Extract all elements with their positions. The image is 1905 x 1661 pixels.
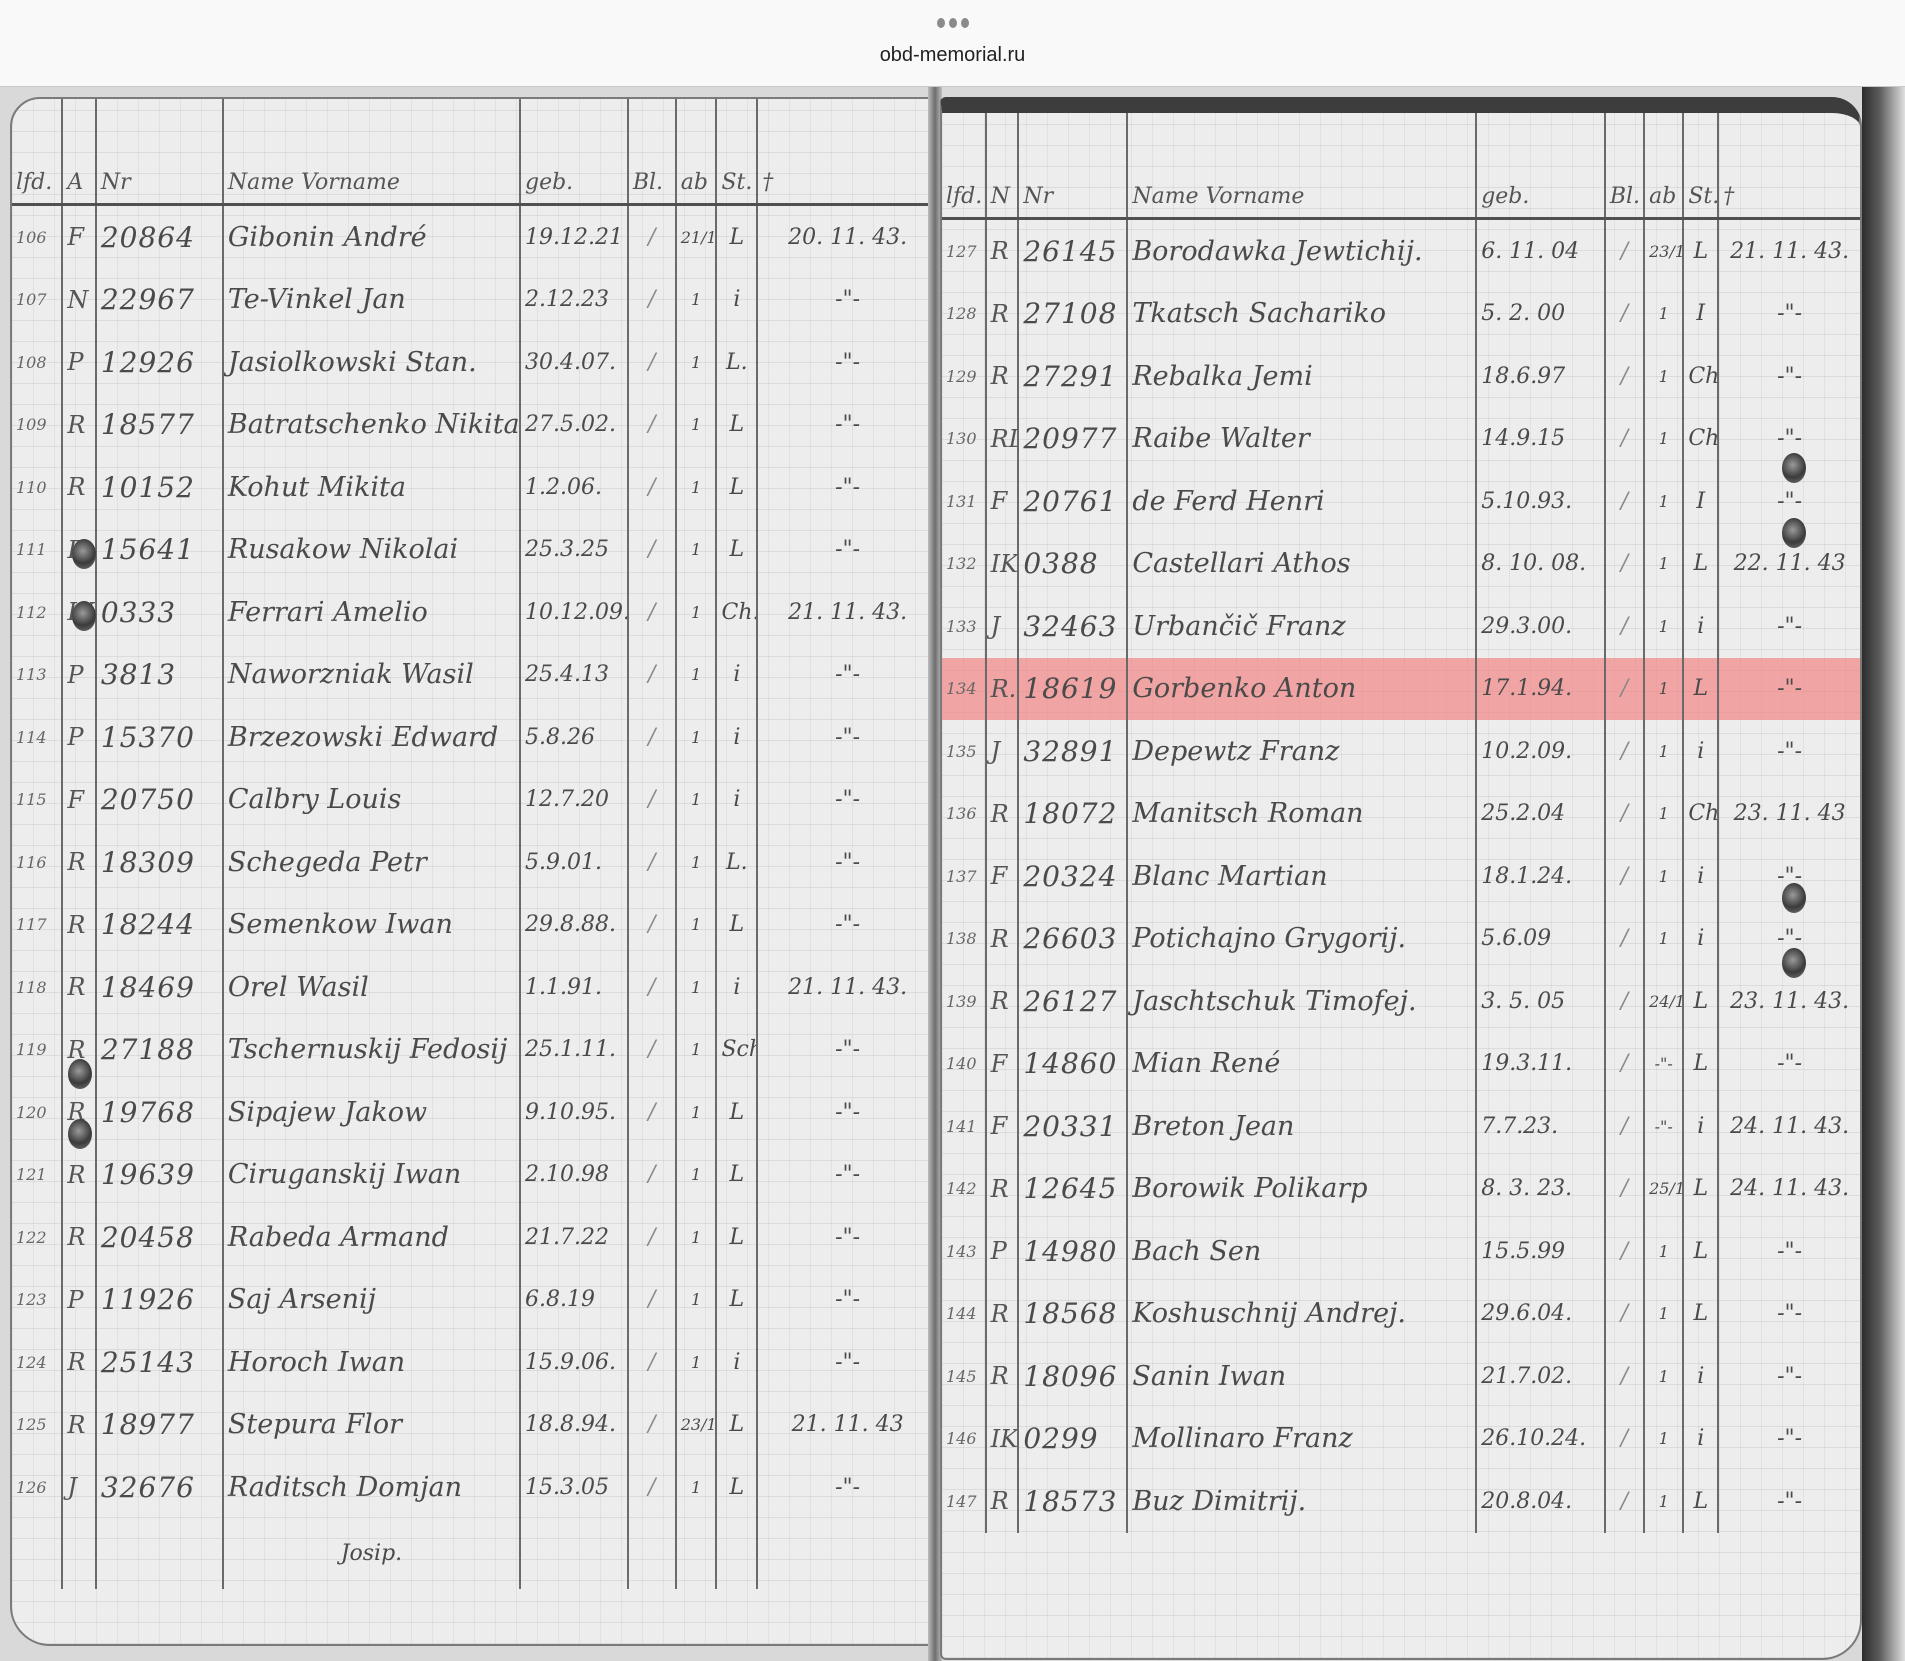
cell-ab: 1 [1644,1220,1683,1283]
cell-nr: 18072 [1018,783,1127,846]
cell-name: Kohut Mikita [223,456,520,519]
cell-born: 14.9.15 [1476,408,1605,471]
col-born: geb. [1476,113,1605,219]
cell-idx: 132 [942,533,986,596]
cell-born: 10.2.09. [1476,720,1605,783]
register-row: 123P11926Saj Arsenij6.8.19/1L-"- [12,1269,937,1332]
register-row: 124R25143Horoch Iwan15.9.06./1i-"- [12,1331,937,1394]
cell-born: 19.3.11. [1476,1033,1605,1096]
cell-born: 25.4.13 [520,644,628,707]
cell-bl: / [628,1456,676,1519]
cell-ab: 1 [1644,845,1683,908]
cell-idx: 116 [12,831,62,894]
cell-nr: 18977 [96,1394,223,1457]
cell-nr: 27291 [1018,345,1127,408]
empty-cell [716,1519,757,1589]
cell-st: i [1683,720,1718,783]
cell-nr: 15370 [96,706,223,769]
cell-bl: / [628,331,676,394]
cell-st: L [716,1394,757,1457]
cell-ab: 1 [676,1019,717,1082]
cell-ab: 1 [676,1269,717,1332]
cell-idx: 121 [12,1144,62,1207]
cell-died: -"- [757,269,937,332]
right-register-table: lfd. N Nr Name Vorname geb. Bl. ab St. †… [942,113,1860,1533]
cell-ab: 1 [1644,470,1683,533]
empty-cell [96,1519,223,1589]
cell-nat: R [986,1158,1019,1221]
cell-name: de Ferd Henri [1127,470,1476,533]
cell-died: -"- [757,831,937,894]
punch-hole [1782,948,1806,978]
cell-name: Tschernuskij Fedosij [223,1019,520,1082]
cell-born: 18.1.24. [1476,845,1605,908]
cell-bl: / [628,644,676,707]
register-row: 131F20761de Ferd Henri5.10.93./1I-"- [942,470,1860,533]
cell-nr: 0388 [1018,533,1127,596]
cell-nr: 27108 [1018,283,1127,346]
cell-st: L [716,456,757,519]
cell-ab: 1 [1644,908,1683,971]
site-domain[interactable]: obd-memorial.ru [0,44,1905,67]
cell-died: -"- [757,769,937,832]
cell-born: 21.7.22 [520,1206,628,1269]
cell-died: -"- [757,706,937,769]
footnote-row: Josip. [12,1519,937,1589]
cell-died: -"- [757,1269,937,1332]
cell-born: 5.10.93. [1476,470,1605,533]
punch-hole [72,601,96,631]
cell-nat: R [986,283,1019,346]
register-row: 128R27108Tkatsch Sachariko5. 2. 00/1I-"- [942,283,1860,346]
cell-ab: 1 [676,1331,717,1394]
register-row: 145R18096Sanin Iwan21.7.02./1i-"- [942,1345,1860,1408]
cell-bl: / [1605,283,1644,346]
register-row: 140F14860Mian René19.3.11./-"-L-"- [942,1033,1860,1096]
cell-nat: R. [986,658,1019,721]
col-born: geb. [520,99,628,205]
cell-born: 6. 11. 04 [1476,219,1605,283]
cell-name: Sipajew Jakow [223,1081,520,1144]
cell-ab: 1 [1644,783,1683,846]
cell-nat: P [62,331,96,394]
cell-idx: 123 [12,1269,62,1332]
cell-idx: 133 [942,595,986,658]
cell-nat: P [62,706,96,769]
cell-name: Batratschenko Nikita [223,394,520,457]
cell-st: i [716,769,757,832]
cell-died: 21. 11. 43. [757,956,937,1019]
register-row: 139R26127Jaschtschuk Timofej.3. 5. 05/24… [942,970,1860,1033]
cell-ab: 1 [676,394,717,457]
cell-st: i [716,644,757,707]
cell-st: Ch [1683,345,1718,408]
cell-nr: 32891 [1018,720,1127,783]
cell-st: I [1683,470,1718,533]
cell-st: L. [716,331,757,394]
cell-st: L [1683,1033,1718,1096]
cell-died: -"- [757,1019,937,1082]
cell-died: 23. 11. 43. [1718,970,1860,1033]
cell-born: 2.12.23 [520,269,628,332]
register-row: 115F20750Calbry Louis12.7.20/1i-"- [12,769,937,832]
cell-idx: 117 [12,894,62,957]
cell-bl: / [628,519,676,582]
cell-bl: / [628,394,676,457]
cell-born: 27.5.02. [520,394,628,457]
cell-born: 18.6.97 [1476,345,1605,408]
cell-st: L [1683,1220,1718,1283]
cell-bl: / [628,456,676,519]
cell-name: Urbančič Franz [1127,595,1476,658]
cell-born: 29.8.88. [520,894,628,957]
cell-ab: 1 [1644,408,1683,471]
cell-nr: 14980 [1018,1220,1127,1283]
cell-nat: R [62,894,96,957]
cell-nr: 18096 [1018,1345,1127,1408]
cell-bl: / [1605,1158,1644,1221]
cell-idx: 126 [12,1456,62,1519]
register-row: 120R19768Sipajew Jakow9.10.95./1L-"- [12,1081,937,1144]
cell-ab: 1 [676,956,717,1019]
cell-nat: RD [986,408,1019,471]
cell-ab: 1 [676,1144,717,1207]
cell-nat: R [62,1331,96,1394]
cell-bl: / [628,769,676,832]
cell-born: 15.9.06. [520,1331,628,1394]
cell-born: 8. 3. 23. [1476,1158,1605,1221]
cell-nat: R [62,1394,96,1457]
cell-nat: R [986,219,1019,283]
cell-ab: -"- [1644,1095,1683,1158]
cell-name: Ciruganskij Iwan [223,1144,520,1207]
col-nat: A [62,99,96,205]
cell-nr: 14860 [1018,1033,1127,1096]
cell-st: L [716,1144,757,1207]
punch-hole [72,539,96,569]
cell-died: -"- [757,456,937,519]
cell-idx: 134 [942,658,986,721]
cell-nr: 26603 [1018,908,1127,971]
cell-ab: 1 [676,831,717,894]
cell-ab: 1 [1644,720,1683,783]
cell-ab: 21/11 [676,205,717,269]
cell-died: 21. 11. 43. [757,581,937,644]
cell-name: Borodawka Jewtichij. [1127,219,1476,283]
punch-hole [1782,883,1806,913]
register-row: 125R18977Stepura Flor18.8.94./23/11L21. … [12,1394,937,1457]
header-row: lfd. A Nr Name Vorname geb. Bl. ab St. † [12,99,937,205]
cell-ab: 25/11 [1644,1158,1683,1221]
cell-bl: / [1605,219,1644,283]
cell-idx: 130 [942,408,986,471]
cell-st: i [716,1331,757,1394]
cell-nr: 18469 [96,956,223,1019]
cell-nr: 22967 [96,269,223,332]
cell-idx: 106 [12,205,62,269]
cell-born: 26.10.24. [1476,1408,1605,1471]
punch-hole [68,1119,92,1149]
cell-ab: 1 [676,706,717,769]
cell-bl: / [1605,1095,1644,1158]
empty-cell [62,1519,96,1589]
cell-bl: / [1605,658,1644,721]
left-page: lfd. A Nr Name Vorname geb. Bl. ab St. †… [10,97,939,1646]
cell-name: Rebalka Jemi [1127,345,1476,408]
cell-born: 18.8.94. [520,1394,628,1457]
cell-died: -"- [1718,1283,1860,1346]
col-nr: Nr [1018,113,1127,219]
cell-bl: / [1605,1345,1644,1408]
cell-born: 8. 10. 08. [1476,533,1605,596]
cell-idx: 147 [942,1470,986,1533]
register-row: 144R18568Koshuschnij Andrej.29.6.04./1L-… [942,1283,1860,1346]
cell-idx: 124 [12,1331,62,1394]
cell-idx: 131 [942,470,986,533]
cell-born: 7.7.23. [1476,1095,1605,1158]
cell-died: -"- [1718,1470,1860,1533]
cell-bl: / [1605,1283,1644,1346]
cell-name: Saj Arsenij [223,1269,520,1332]
cell-born: 30.4.07. [520,331,628,394]
cell-name: Jaschtschuk Timofej. [1127,970,1476,1033]
cell-idx: 114 [12,706,62,769]
cell-nr: 20331 [1018,1095,1127,1158]
col-st: St. [716,99,757,205]
right-rows: 127R26145Borodawka Jewtichij.6. 11. 04/2… [942,219,1860,1533]
cell-nat: R [62,456,96,519]
cell-idx: 111 [12,519,62,582]
col-died: † [757,99,937,205]
empty-cell [676,1519,717,1589]
cell-name: Te-Vinkel Jan [223,269,520,332]
cell-bl: / [628,205,676,269]
cell-born: 29.3.00. [1476,595,1605,658]
cell-born: 3. 5. 05 [1476,970,1605,1033]
cell-name: Borowik Polikarp [1127,1158,1476,1221]
cell-nat: IK [986,533,1019,596]
book-cover-edge [1862,87,1905,1661]
cell-bl: / [628,581,676,644]
cell-idx: 138 [942,908,986,971]
cell-ab: 1 [1644,283,1683,346]
footnote-text: Josip. [223,1519,520,1589]
cell-st: L [1683,1470,1718,1533]
cell-bl: / [1605,908,1644,971]
cell-died: -"- [757,1456,937,1519]
register-row: 110R10152Kohut Mikita1.2.06./1L-"- [12,456,937,519]
cell-st: L [716,205,757,269]
cell-idx: 113 [12,644,62,707]
cell-nat: IK [986,1408,1019,1471]
cell-nr: 19768 [96,1081,223,1144]
cell-nat: F [986,1033,1019,1096]
cell-ab: -"- [1644,1033,1683,1096]
cell-nat: P [986,1220,1019,1283]
cell-idx: 145 [942,1345,986,1408]
cell-ab: 23/11 [676,1394,717,1457]
register-row: 142R12645Borowik Polikarp8. 3. 23./25/11… [942,1158,1860,1221]
cell-name: Orel Wasil [223,956,520,1019]
register-row: 113P3813Naworzniak Wasil25.4.13/1i-"- [12,644,937,707]
cell-born: 21.7.02. [1476,1345,1605,1408]
cell-name: Raditsch Domjan [223,1456,520,1519]
cell-idx: 122 [12,1206,62,1269]
cell-died: -"- [757,331,937,394]
cell-ab: 1 [676,1456,717,1519]
cell-ab: 1 [676,331,717,394]
left-register-table: lfd. A Nr Name Vorname geb. Bl. ab St. †… [12,99,937,1589]
cell-born: 5.8.26 [520,706,628,769]
cell-born: 25.2.04 [1476,783,1605,846]
cell-st: i [1683,845,1718,908]
cell-name: Breton Jean [1127,1095,1476,1158]
cell-bl: / [628,1081,676,1144]
register-row: 147R18573Buz Dimitrij.20.8.04./1L-"- [942,1470,1860,1533]
cell-nat: J [62,1456,96,1519]
cell-name: Rusakow Nikolai [223,519,520,582]
cell-idx: 118 [12,956,62,1019]
cell-idx: 143 [942,1220,986,1283]
more-dots-icon[interactable] [937,18,969,28]
cell-born: 1.2.06. [520,456,628,519]
cell-name: Koshuschnij Andrej. [1127,1283,1476,1346]
cell-st: L [1683,533,1718,596]
cell-nat: R [62,1206,96,1269]
cell-nat: R [62,831,96,894]
cell-name: Rabeda Armand [223,1206,520,1269]
cell-nr: 20458 [96,1206,223,1269]
register-row: 132IK0388Castellari Athos8. 10. 08./1L22… [942,533,1860,596]
cell-nr: 20324 [1018,845,1127,908]
cell-nr: 18309 [96,831,223,894]
col-nat: N [986,113,1019,219]
cell-nr: 27188 [96,1019,223,1082]
register-row: 135J32891Depewtz Franz10.2.09./1i-"- [942,720,1860,783]
cell-bl: / [628,1019,676,1082]
register-row: 107N22967Te-Vinkel Jan2.12.23/1i-"- [12,269,937,332]
cell-died: 23. 11. 43 [1718,783,1860,846]
cell-nr: 15641 [96,519,223,582]
register-row: 106F20864Gibonin André19.12.21/21/11L20.… [12,205,937,269]
register-row: 112IK0333Ferrari Amelio10.12.09./1Ch.21.… [12,581,937,644]
cell-nat: R [986,908,1019,971]
cell-nat: P [62,1269,96,1332]
register-row: 122R20458Rabeda Armand21.7.22/1L-"- [12,1206,937,1269]
cell-name: Blanc Martian [1127,845,1476,908]
cell-nr: 26145 [1018,219,1127,283]
cell-born: 29.6.04. [1476,1283,1605,1346]
register-row: 109R18577Batratschenko Nikita27.5.02./1L… [12,394,937,457]
register-row: 146IK0299Mollinaro Franz26.10.24./1i-"- [942,1408,1860,1471]
cell-idx: 135 [942,720,986,783]
cell-st: L [716,1206,757,1269]
cell-born: 25.3.25 [520,519,628,582]
register-row: 130RD20977Raibe Walter14.9.15/1Ch-"- [942,408,1860,471]
cell-born: 1.1.91. [520,956,628,1019]
empty-cell [757,1519,937,1589]
cell-nat: R [986,1283,1019,1346]
cell-ab: 1 [1644,533,1683,596]
cell-bl: / [628,894,676,957]
cell-nr: 0333 [96,581,223,644]
cell-died: -"- [1718,595,1860,658]
cell-name: Raibe Walter [1127,408,1476,471]
cell-bl: / [628,1206,676,1269]
cell-ab: 1 [1644,658,1683,721]
cell-nr: 11926 [96,1269,223,1332]
cell-born: 5.6.09 [1476,908,1605,971]
cell-nat: N [62,269,96,332]
register-row: 126J32676Raditsch Domjan15.3.05/1L-"- [12,1456,937,1519]
col-ab: ab [676,99,717,205]
col-idx: lfd. [942,113,986,219]
cell-died: -"- [1718,720,1860,783]
cell-nat: J [986,595,1019,658]
cell-died: 20. 11. 43. [757,205,937,269]
cell-nr: 20761 [1018,470,1127,533]
cell-name: Mian René [1127,1033,1476,1096]
cell-idx: 137 [942,845,986,908]
browser-address-bar: obd-memorial.ru [0,0,1905,87]
cell-idx: 125 [12,1394,62,1457]
cell-died: -"- [757,1081,937,1144]
punch-hole [68,1059,92,1089]
col-ab: ab [1644,113,1683,219]
cell-nr: 26127 [1018,970,1127,1033]
cell-ab: 23/11 [1644,219,1683,283]
cell-died: 24. 11. 43. [1718,1158,1860,1221]
cell-nr: 18619 [1018,658,1127,721]
cell-st: Ch. [716,581,757,644]
cell-ab: 1 [676,456,717,519]
cell-st: L [716,519,757,582]
cell-bl: / [1605,845,1644,908]
cell-died: -"- [757,1144,937,1207]
left-rows: 106F20864Gibonin André19.12.21/21/11L20.… [12,205,937,1589]
cell-nat: F [986,845,1019,908]
cell-ab: 1 [1644,1408,1683,1471]
cell-bl: / [628,269,676,332]
cell-st: i [1683,1095,1718,1158]
cell-idx: 110 [12,456,62,519]
cell-st: L [716,1456,757,1519]
cell-nat: R [986,345,1019,408]
register-row: 119R27188Tschernuskij Fedosij25.1.11./1S… [12,1019,937,1082]
cell-nr: 20750 [96,769,223,832]
cell-bl: / [1605,1033,1644,1096]
cell-ab: 1 [1644,1283,1683,1346]
cell-nr: 0299 [1018,1408,1127,1471]
cell-nat: R [62,1144,96,1207]
cell-name: Ferrari Amelio [223,581,520,644]
cell-nat: R [986,783,1019,846]
cell-name: Stepura Flor [223,1394,520,1457]
cell-name: Manitsch Roman [1127,783,1476,846]
cell-name: Castellari Athos [1127,533,1476,596]
cell-st: L [716,894,757,957]
cell-ab: 1 [676,269,717,332]
empty-cell [628,1519,676,1589]
cell-bl: / [628,1269,676,1332]
cell-st: i [716,706,757,769]
register-photo: lfd. A Nr Name Vorname geb. Bl. ab St. †… [0,87,1905,1661]
cell-nr: 20977 [1018,408,1127,471]
cell-died: -"- [1718,345,1860,408]
cell-nr: 32676 [96,1456,223,1519]
cell-st: i [716,269,757,332]
cell-nat: F [986,470,1019,533]
